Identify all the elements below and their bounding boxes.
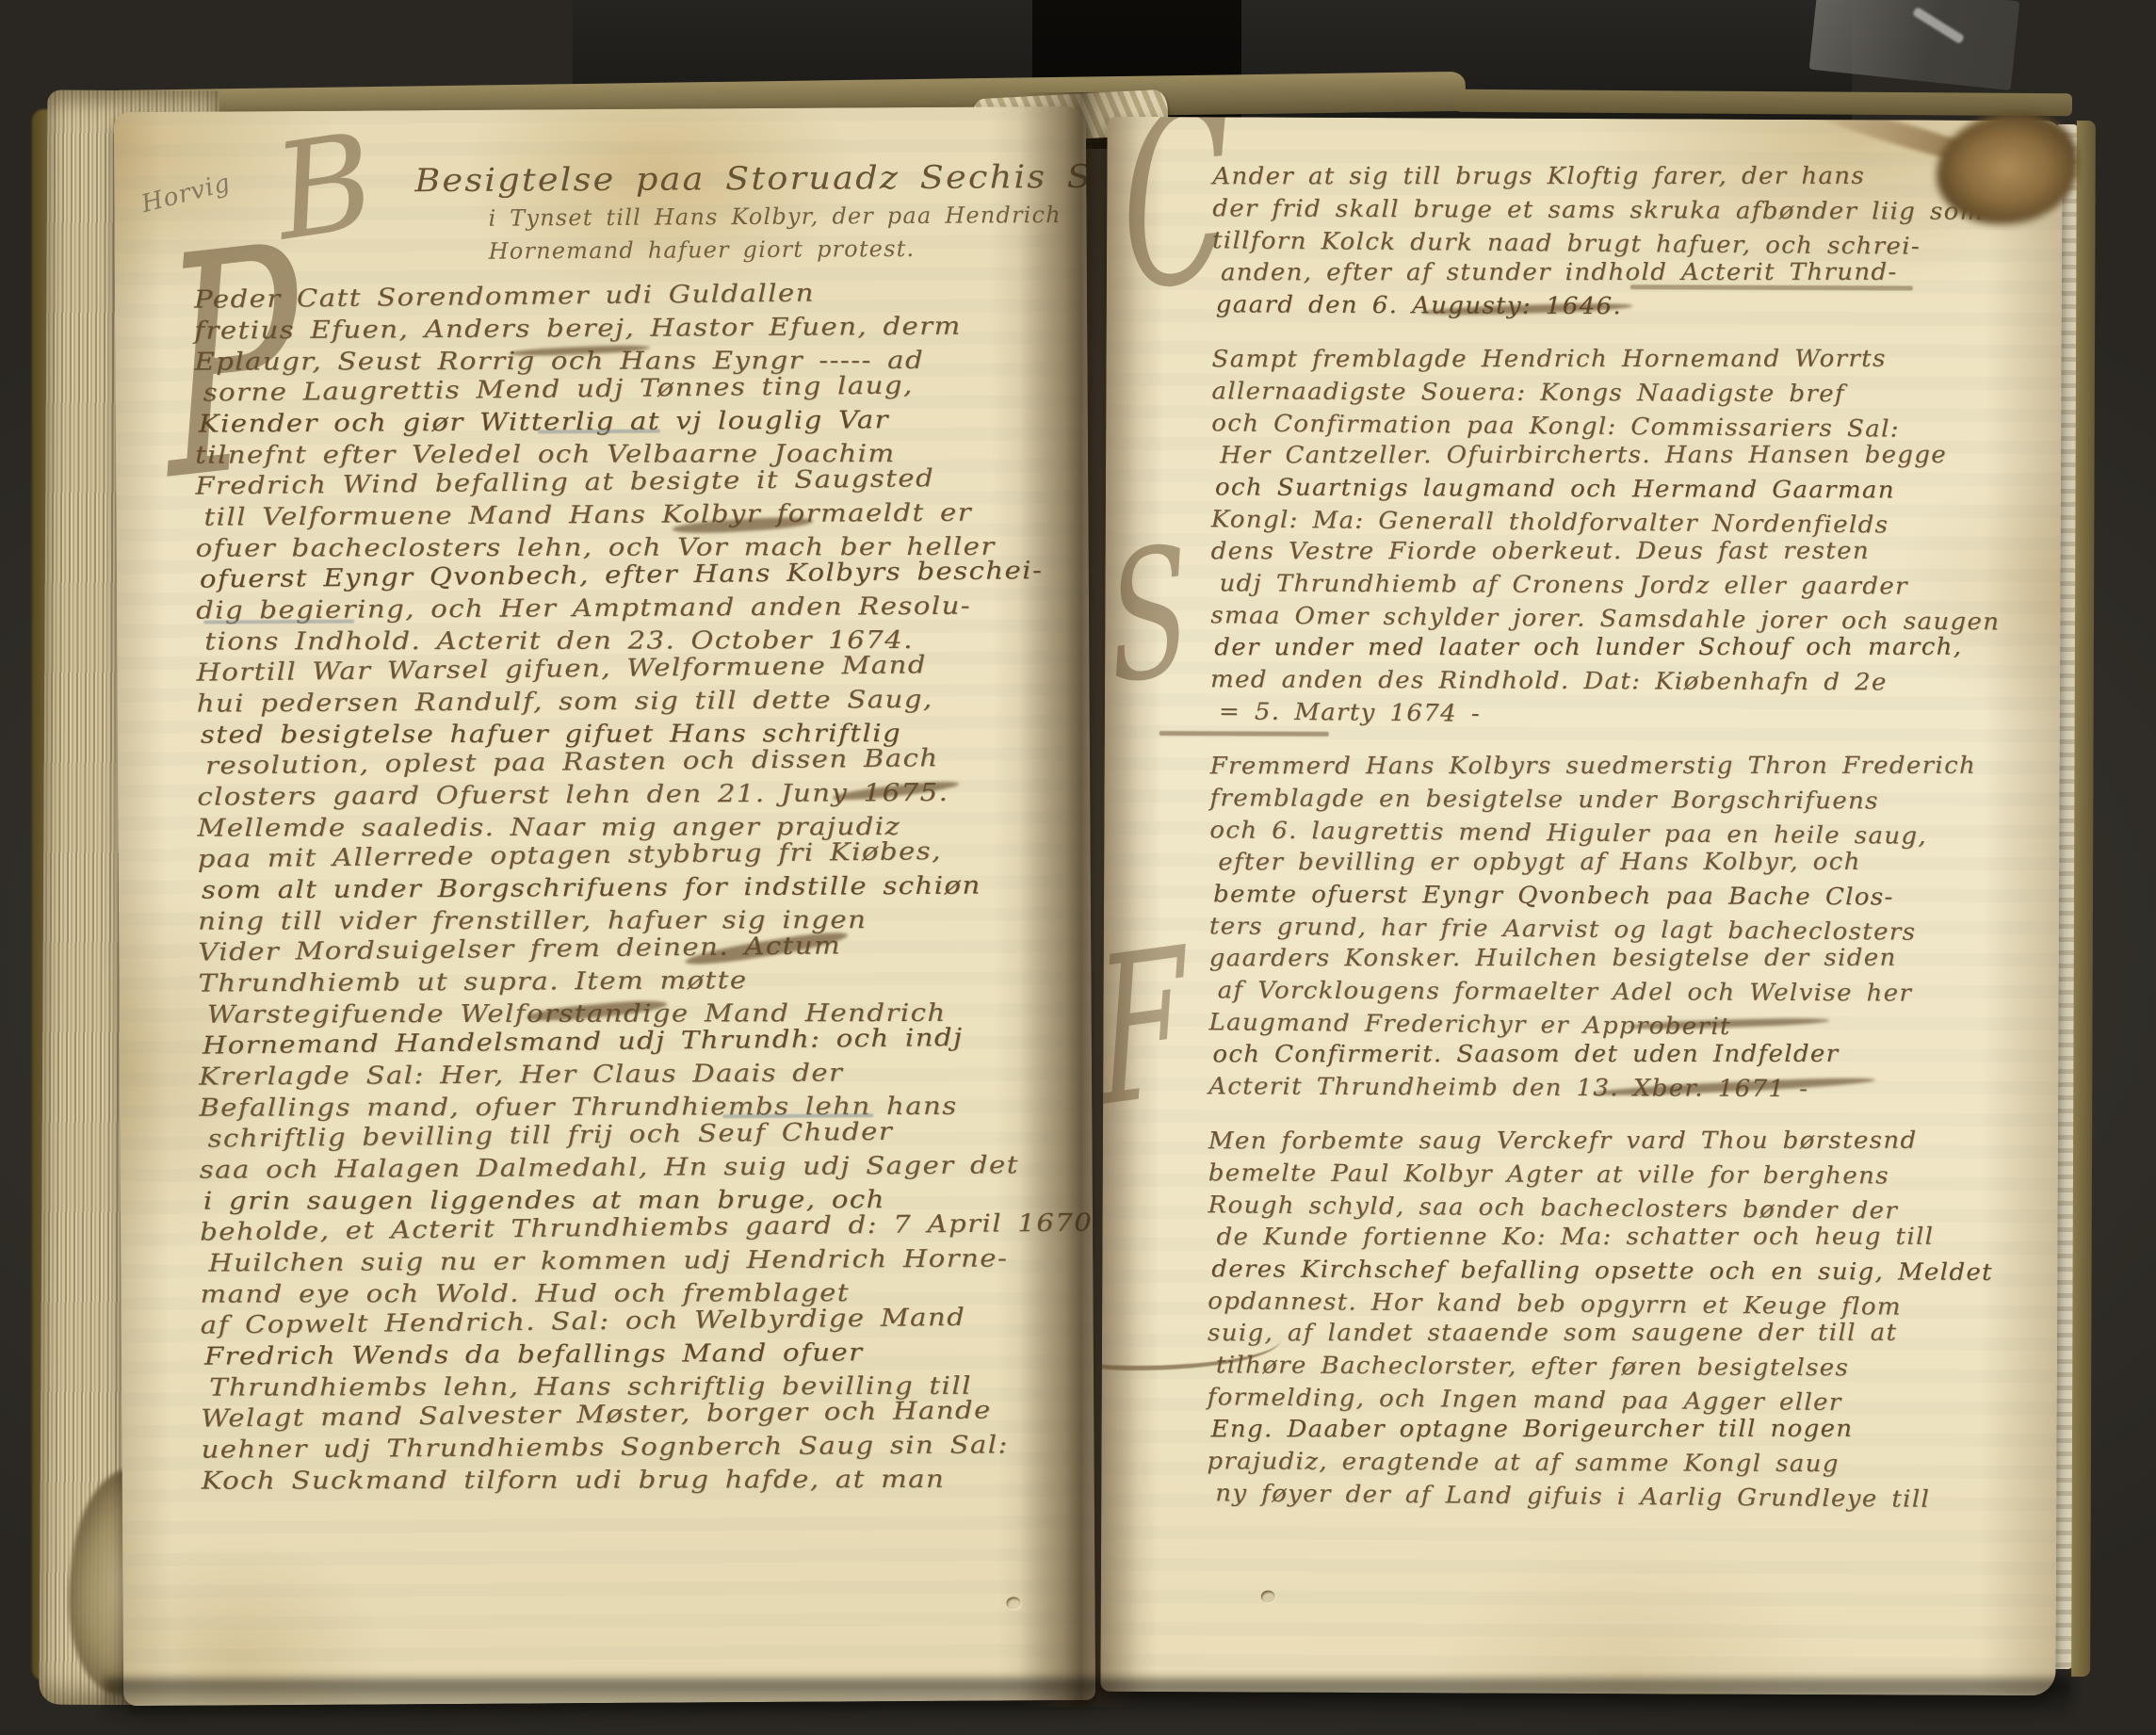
manuscript-text-line: Fremmerd Hans Kolbyrs suedmerstig Thron … (1210, 750, 2063, 783)
manuscript-text-line: gaarders Konsker. Huilchen besigtelse de… (1209, 942, 2063, 975)
manuscript-text-line: uehner udj Thrundhiembs Sognberch Saug s… (201, 1429, 1095, 1466)
manuscript-text-line: efter bevilling er opbygt af Hans Kolbyr… (1218, 846, 2062, 879)
manuscript-text-line: Men forbemte saug Verckefr vard Thou bør… (1208, 1125, 2063, 1158)
wormhole (1261, 1591, 1275, 1603)
manuscript-text-line: allernaadigste Souera: Kongs Naadigste b… (1211, 375, 2062, 411)
manuscript-text-line: och Confirmerit. Saasom det uden Indfeld… (1212, 1038, 2062, 1071)
manuscript-text-line: bemte ofuerst Eyngr Qvonbech paa Bache C… (1213, 878, 2063, 914)
manuscript-text-line: suig, af landet staaende som saugene der… (1208, 1317, 2063, 1350)
manuscript-text-line: de Kunde fortienne Ko: Ma: schatter och … (1216, 1221, 2062, 1254)
manuscript-text-line: deres Kirchschef befalling opsette och e… (1211, 1253, 2062, 1289)
wormhole (1006, 1597, 1020, 1609)
manuscript-text-line: ny føyer der af Land gifuis i Aarlig Gru… (1215, 1477, 2063, 1516)
right-paragraph-4: Men forbemte saug Verckefr vard Thou bør… (1207, 1125, 2047, 1513)
manuscript-text-line: dens Vestre Fiorde oberkeut. Deus fast r… (1211, 535, 2063, 568)
manuscript-text-line: dig begiering, och Her Amptmand anden Re… (196, 590, 1095, 626)
heading-line: Hornemand hafuer giort protest. (489, 232, 1059, 268)
manuscript-text-line: udj Thrundhiemb af Cronens Jordz eller g… (1219, 567, 2062, 603)
right-paragraph-3: Fremmerd Hans Kolbyrs suedmerstig Thron … (1208, 750, 2049, 1106)
left-page: Horvig B P Besigtelse paa Storuadz Sechi… (114, 106, 1095, 1706)
manuscript-text-line: Kiender och giør Witterlig at vj louglig… (199, 403, 1095, 440)
manuscript-text-line: Fredrich Wends da befallings Mand ofuer (204, 1336, 1095, 1372)
left-page-text: Besigtelse paa Storuadz Sechis Saugsted … (114, 106, 1095, 1706)
manuscript-text-line: af Vorcklougens formaelter Adel och Welv… (1218, 974, 2063, 1010)
right-paragraph-2: Sampt fremblagde Hendrich Hornemand Worr… (1210, 343, 2051, 731)
manuscript-text-line: der frid skall bruge et sams skruka afbø… (1212, 192, 2062, 228)
manuscript-photo: Horvig B P Besigtelse paa Storuadz Sechi… (0, 0, 2156, 1735)
manuscript-text-line: Her Cantzeller. Ofuirbircherts. Hans Han… (1220, 439, 2063, 472)
manuscript-text-line: closters gaard Ofuerst lehn den 21. Juny… (197, 776, 1095, 813)
manuscript-text-line: Sampt fremblagde Hendrich Hornemand Worr… (1212, 343, 2063, 376)
manuscript-text-line: Koch Suckmand tilforn udi brug hafde, at… (202, 1464, 1095, 1497)
manuscript-text-line: Peder Catt Sorendommer udi Guldallen (194, 275, 1095, 316)
manuscript-text-line: der under med laater och lunder Schouf o… (1214, 631, 2062, 664)
left-page-body: Peder Catt Sorendommer udi Guldallenfret… (194, 280, 1066, 1498)
manuscript-text-line: prajudiz, eragtende at af samme Kongl sa… (1207, 1445, 2062, 1481)
manuscript-text-line: tilhøre Bacheclorster, efter føren besig… (1216, 1349, 2063, 1385)
right-paragraph-1: Ander at sig till brugs Kloftig farer, d… (1212, 160, 2051, 324)
manuscript-text-line: hui pedersen Randulf, som sig till dette… (197, 683, 1096, 720)
book-shadow (104, 1678, 2072, 1722)
manuscript-text-line: fremblagde en besigtelse under Borgschri… (1209, 782, 2062, 818)
entry-heading: Besigtelse paa Storuadz Sechis Saugsted … (414, 155, 1059, 268)
manuscript-text-line: Acterit Thrundheimb den 13. Xber. 1671 - (1208, 1070, 2063, 1106)
parchment-cover-top-edge-right (1455, 89, 2072, 117)
manuscript-text-line: anden, efter af stunder indhold Acterit … (1221, 256, 2063, 289)
heading-line: i Tynset till Hans Kolbyr, der paa Hendr… (488, 199, 1058, 235)
manuscript-text-line: som alt under Borgschrifuens for indstil… (202, 869, 1095, 906)
manuscript-text-line: till Velformuene Mand Hans Kolbyr formae… (203, 496, 1095, 533)
right-page-text: Ander at sig till brugs Kloftig farer, d… (1100, 117, 2062, 1695)
manuscript-text-line: Krerlagde Sal: Her, Her Claus Daais der (199, 1056, 1095, 1093)
manuscript-text-line: och Suartnigs laugmand och Hermand Gaarm… (1215, 471, 2063, 507)
manuscript-text-line: Huilchen suig nu er kommen udj Hendrich … (208, 1242, 1095, 1279)
manuscript-text-line: Thrundhiemb ut supra. Item møtte (198, 963, 1095, 999)
manuscript-text-line: saa och Halagen Dalmedahl, Hn suig udj S… (200, 1149, 1096, 1186)
manuscript-text-line: = 5. Marty 1674 - (1219, 695, 2063, 735)
manuscript-text-line: med anden des Rindhold. Dat: Kiøbenhafn … (1210, 663, 2063, 699)
heading-line: Besigtelse paa Storuadz Sechis Saugsted (414, 155, 1095, 203)
manuscript-text-line: bemelte Paul Kolbyr Agter at ville for b… (1208, 1157, 2063, 1192)
manuscript-text-line: Ander at sig till brugs Kloftig farer, d… (1212, 160, 2062, 193)
manuscript-text-line: Eng. Daaber optagne Borigeurcher till no… (1211, 1413, 2063, 1446)
manuscript-text-line: gaard den 6. Augusty: 1646. (1216, 288, 2063, 324)
manuscript-text-line: fretius Efuen, Anders berej, Hastor Efue… (194, 310, 1095, 347)
right-page: 75 C S F Ander at sig till brugs Kloftig… (1100, 117, 2062, 1695)
